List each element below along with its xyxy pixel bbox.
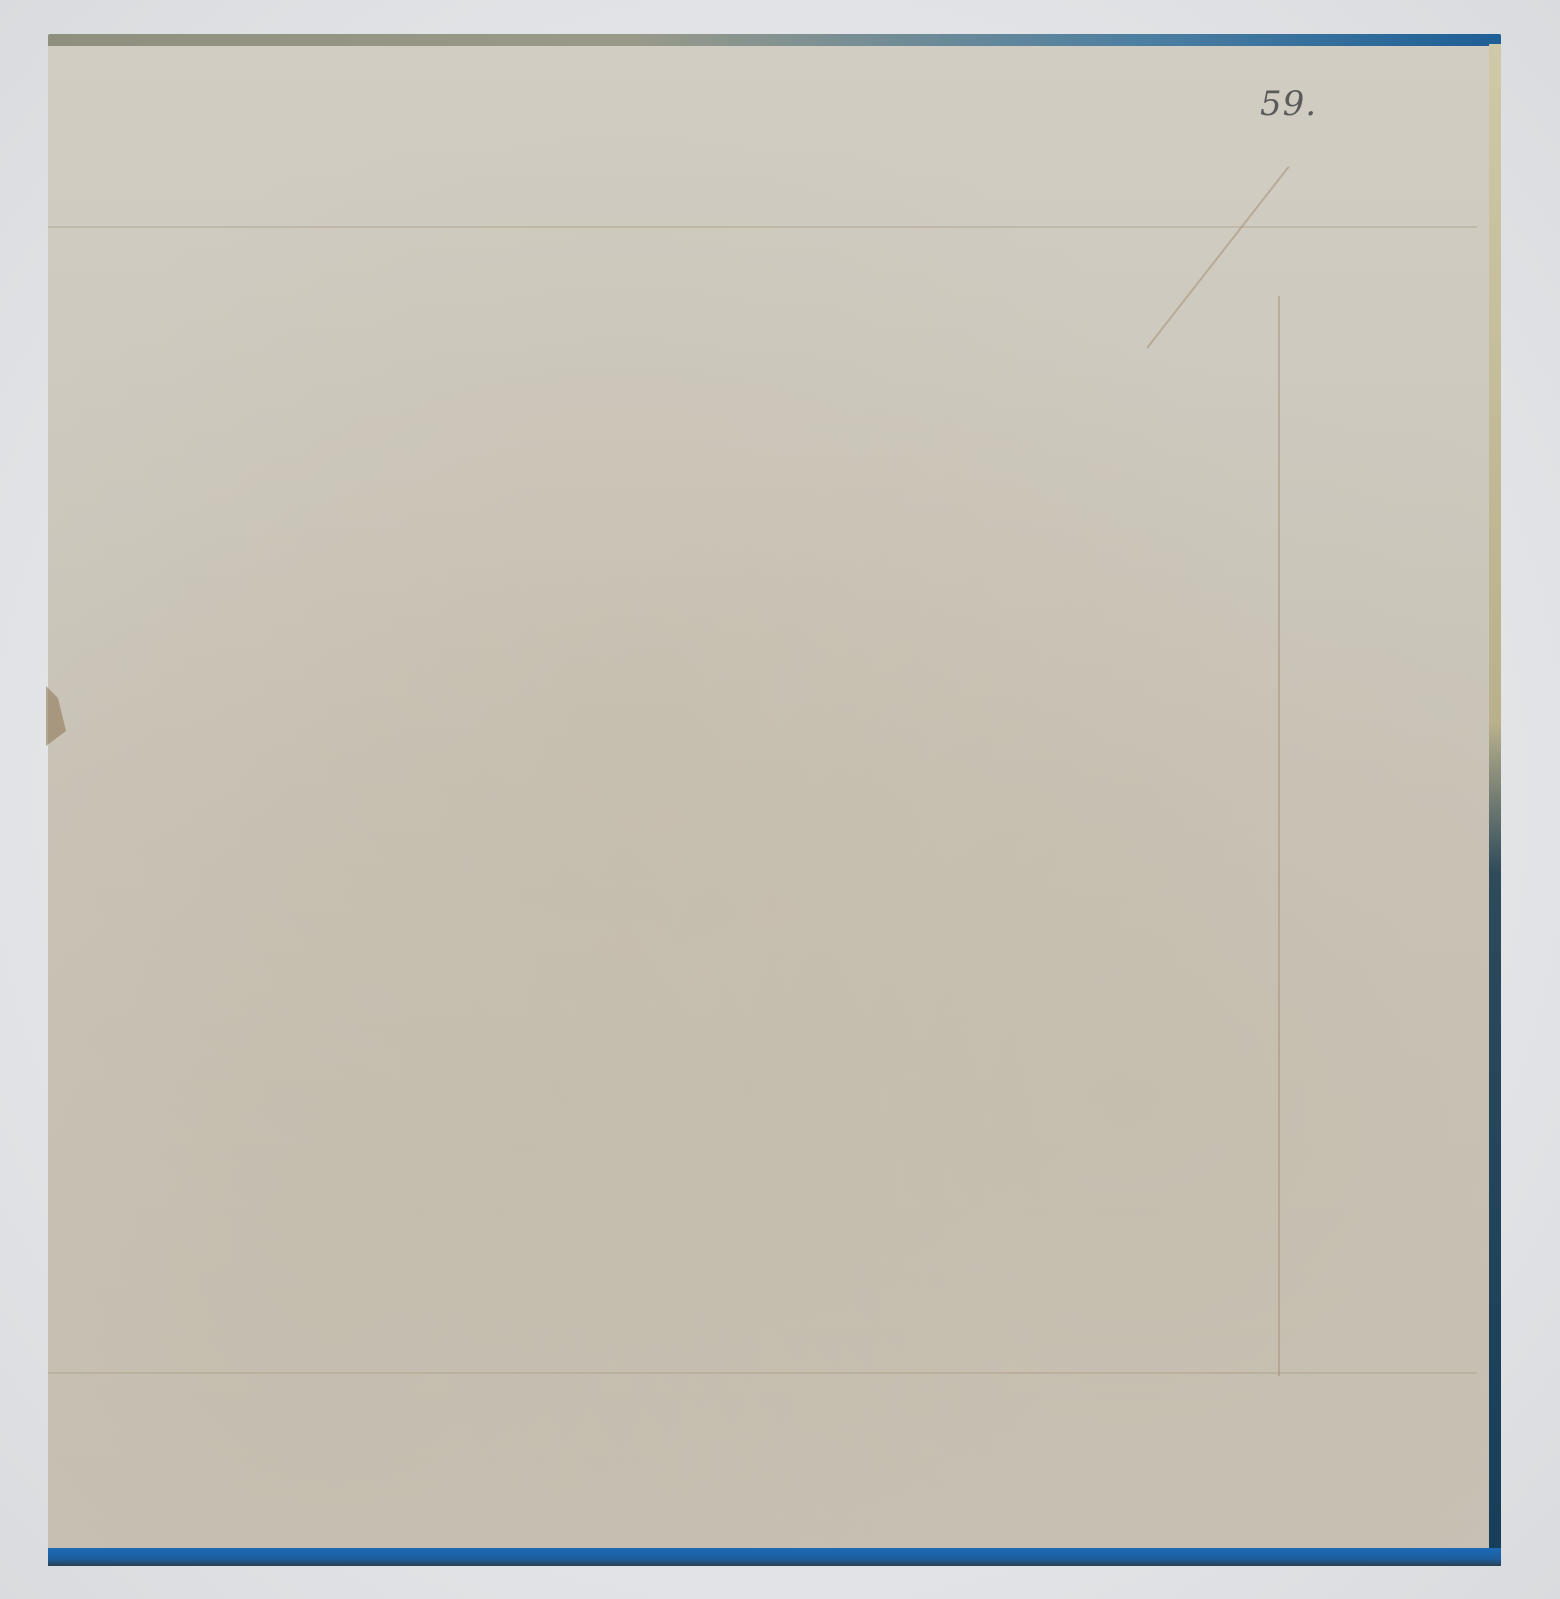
- diagonal-crease: [1146, 166, 1289, 348]
- edge-stain: [46, 686, 66, 746]
- flap-crease-right: [1278, 296, 1280, 1376]
- bottom-edge: [48, 1548, 1501, 1566]
- album-sleeve-back: 59.: [48, 34, 1501, 1566]
- right-edge: [1489, 44, 1501, 1554]
- flap-crease-bottom: [48, 1372, 1477, 1374]
- pencil-mark: 59.: [1260, 84, 1317, 124]
- flap-crease-top: [48, 226, 1477, 228]
- sleeve-face: 59.: [48, 46, 1489, 1550]
